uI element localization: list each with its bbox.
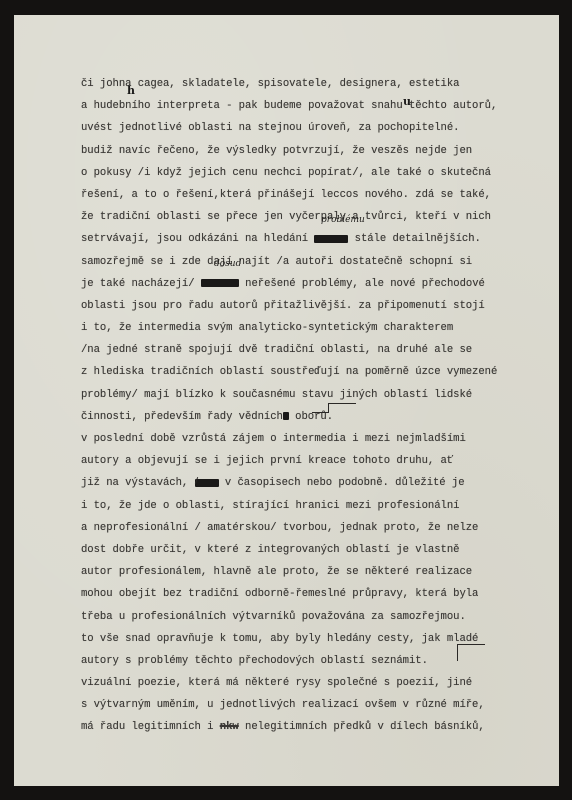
underline-mark — [312, 411, 328, 413]
text-segment: i to, že intermedia svým analyticko-synt… — [81, 322, 453, 334]
text-segment: problémy/ mají blízko k současnému stavu… — [81, 389, 472, 401]
text-segment: již na výstavách, — [81, 477, 195, 489]
text-line: problémy/ mají blízko k současnému stavu… — [81, 384, 551, 406]
text-segment: uvést jednotlivé oblasti na stejnou úrov… — [81, 122, 459, 134]
text-segment: v poslední době vzrůstá zájem o intermed… — [81, 433, 466, 445]
text-line: autor profesionálem, hlavně ale proto, ž… — [81, 561, 551, 583]
typewritten-text-block: či johna cagea, skladatele, spisovatele,… — [81, 73, 551, 739]
text-segment: samozřejmě se i zde dají najít /a autoři… — [81, 256, 472, 268]
text-segment: vizuální poezie, která má některé rysy s… — [81, 677, 472, 689]
text-segment: a neprofesionální / amatérskou/ tvorbou,… — [81, 522, 478, 534]
text-line: je také nacházejí/ neřešené problémy, al… — [81, 273, 551, 295]
text-segment: budiž navíc řečeno, že výsledky potvrzuj… — [81, 145, 472, 157]
text-segment: je také nacházejí/ — [81, 278, 201, 290]
text-segment: či johna cagea, skladatele, spisovatele,… — [81, 78, 459, 90]
text-segment: má řadu legitimních i — [81, 721, 220, 733]
text-line: již na výstavách, v časopisech nebo podo… — [81, 472, 551, 494]
text-line: i to, že jde o oblasti, stírající hranic… — [81, 495, 551, 517]
text-line: budiž navíc řečeno, že výsledky potvrzuj… — [81, 140, 551, 162]
text-line: autory s problémy těchto přechodových ob… — [81, 650, 551, 672]
text-segment: stále detailnějších. — [348, 233, 480, 245]
text-line: třeba u profesionálních výtvarníků považ… — [81, 606, 551, 628]
text-line: z hlediska tradičních oblastí soustřeďuj… — [81, 361, 551, 383]
text-line: dost dobře určit, v které z integrovanýc… — [81, 539, 551, 561]
text-line: uvést jednotlivé oblasti na stejnou úrov… — [81, 117, 551, 139]
text-line: autory a objevují se i jejich první krea… — [81, 450, 551, 472]
text-line: má řadu legitimních i nkw nelegitimních … — [81, 716, 551, 738]
text-line: s výtvarným uměním, u jednotlivých reali… — [81, 694, 551, 716]
correction-mark-hudebniho: h — [127, 84, 135, 97]
text-line: vizuální poezie, která má některé rysy s… — [81, 672, 551, 694]
text-segment: a hudebního interpreta - pak budeme pova… — [81, 100, 497, 112]
redaction-mark — [201, 279, 239, 287]
text-line: či johna cagea, skladatele, spisovatele,… — [81, 73, 551, 95]
text-segment: v časopisech nebo podobně. důležité je — [219, 477, 465, 489]
text-line: že tradiční oblasti se přece jen vyčerpa… — [81, 206, 551, 228]
text-segment: nelegitimních předků v dílech básníků, — [239, 721, 485, 733]
text-segment: činnosti, především řady vědních — [81, 411, 283, 423]
text-line: řešení, a to o řešení,která přinášejí le… — [81, 184, 551, 206]
text-segment: autory a objevují se i jejich první krea… — [81, 455, 453, 467]
handwritten-annotation-dosud: dosud — [214, 259, 241, 269]
struck-text: nkw — [220, 721, 239, 733]
text-line: oblasti jsou pro řadu autorů přitažlivěj… — [81, 295, 551, 317]
document-page: či johna cagea, skladatele, spisovatele,… — [14, 15, 559, 786]
text-line: a hudebního interpreta - pak budeme pova… — [81, 95, 551, 117]
text-segment: neřešené problémy, ale nové přechodové — [239, 278, 485, 290]
correction-mark-snahu: u — [403, 95, 411, 108]
redaction-mark — [195, 479, 219, 487]
handwritten-annotation-problemu: problému — [321, 215, 365, 225]
text-line: samozřejmě se i zde dají najít /a autoři… — [81, 251, 551, 273]
text-segment: oblasti jsou pro řadu autorů přitažlivěj… — [81, 300, 485, 312]
text-segment: s výtvarným uměním, u jednotlivých reali… — [81, 699, 485, 711]
text-segment: to vše snad opravňuje k tomu, aby byly h… — [81, 633, 478, 645]
text-segment: autor profesionálem, hlavně ale proto, ž… — [81, 566, 472, 578]
text-line: o pokusy /i když jejich cenu nechci popí… — [81, 162, 551, 184]
text-line: i to, že intermedia svým analyticko-synt… — [81, 317, 551, 339]
text-line: /na jedné straně spojují dvě tradiční ob… — [81, 339, 551, 361]
text-line: činnosti, především řady vědních oborů. — [81, 406, 551, 428]
text-segment: /na jedné straně spojují dvě tradiční ob… — [81, 344, 472, 356]
text-line: a neprofesionální / amatérskou/ tvorbou,… — [81, 517, 551, 539]
paragraph-bracket-icon — [328, 403, 356, 408]
text-segment: řešení, a to o řešení,která přinášejí le… — [81, 189, 491, 201]
text-segment: třeba u profesionálních výtvarníků považ… — [81, 611, 466, 623]
text-segment: mohou obejít bez tradiční odborně-řemesl… — [81, 588, 478, 600]
text-line: setrvávají, jsou odkázáni na hledání stá… — [81, 228, 551, 250]
redaction-mark — [314, 235, 348, 243]
text-segment: i to, že jde o oblasti, stírající hranic… — [81, 500, 459, 512]
text-segment: dost dobře určit, v které z integrovanýc… — [81, 544, 459, 556]
text-segment: z hlediska tradičních oblastí soustřeďuj… — [81, 366, 497, 378]
text-segment: o pokusy /i když jejich cenu nechci popí… — [81, 167, 491, 179]
text-segment: autory s problémy těchto přechodových ob… — [81, 655, 428, 667]
text-line: v poslední době vzrůstá zájem o intermed… — [81, 428, 551, 450]
paragraph-bracket-icon — [457, 644, 485, 649]
text-segment: že tradiční oblasti se přece jen vyčerpa… — [81, 211, 491, 223]
text-segment: setrvávají, jsou odkázáni na hledání — [81, 233, 314, 245]
text-line: mohou obejít bez tradiční odborně-řemesl… — [81, 583, 551, 605]
